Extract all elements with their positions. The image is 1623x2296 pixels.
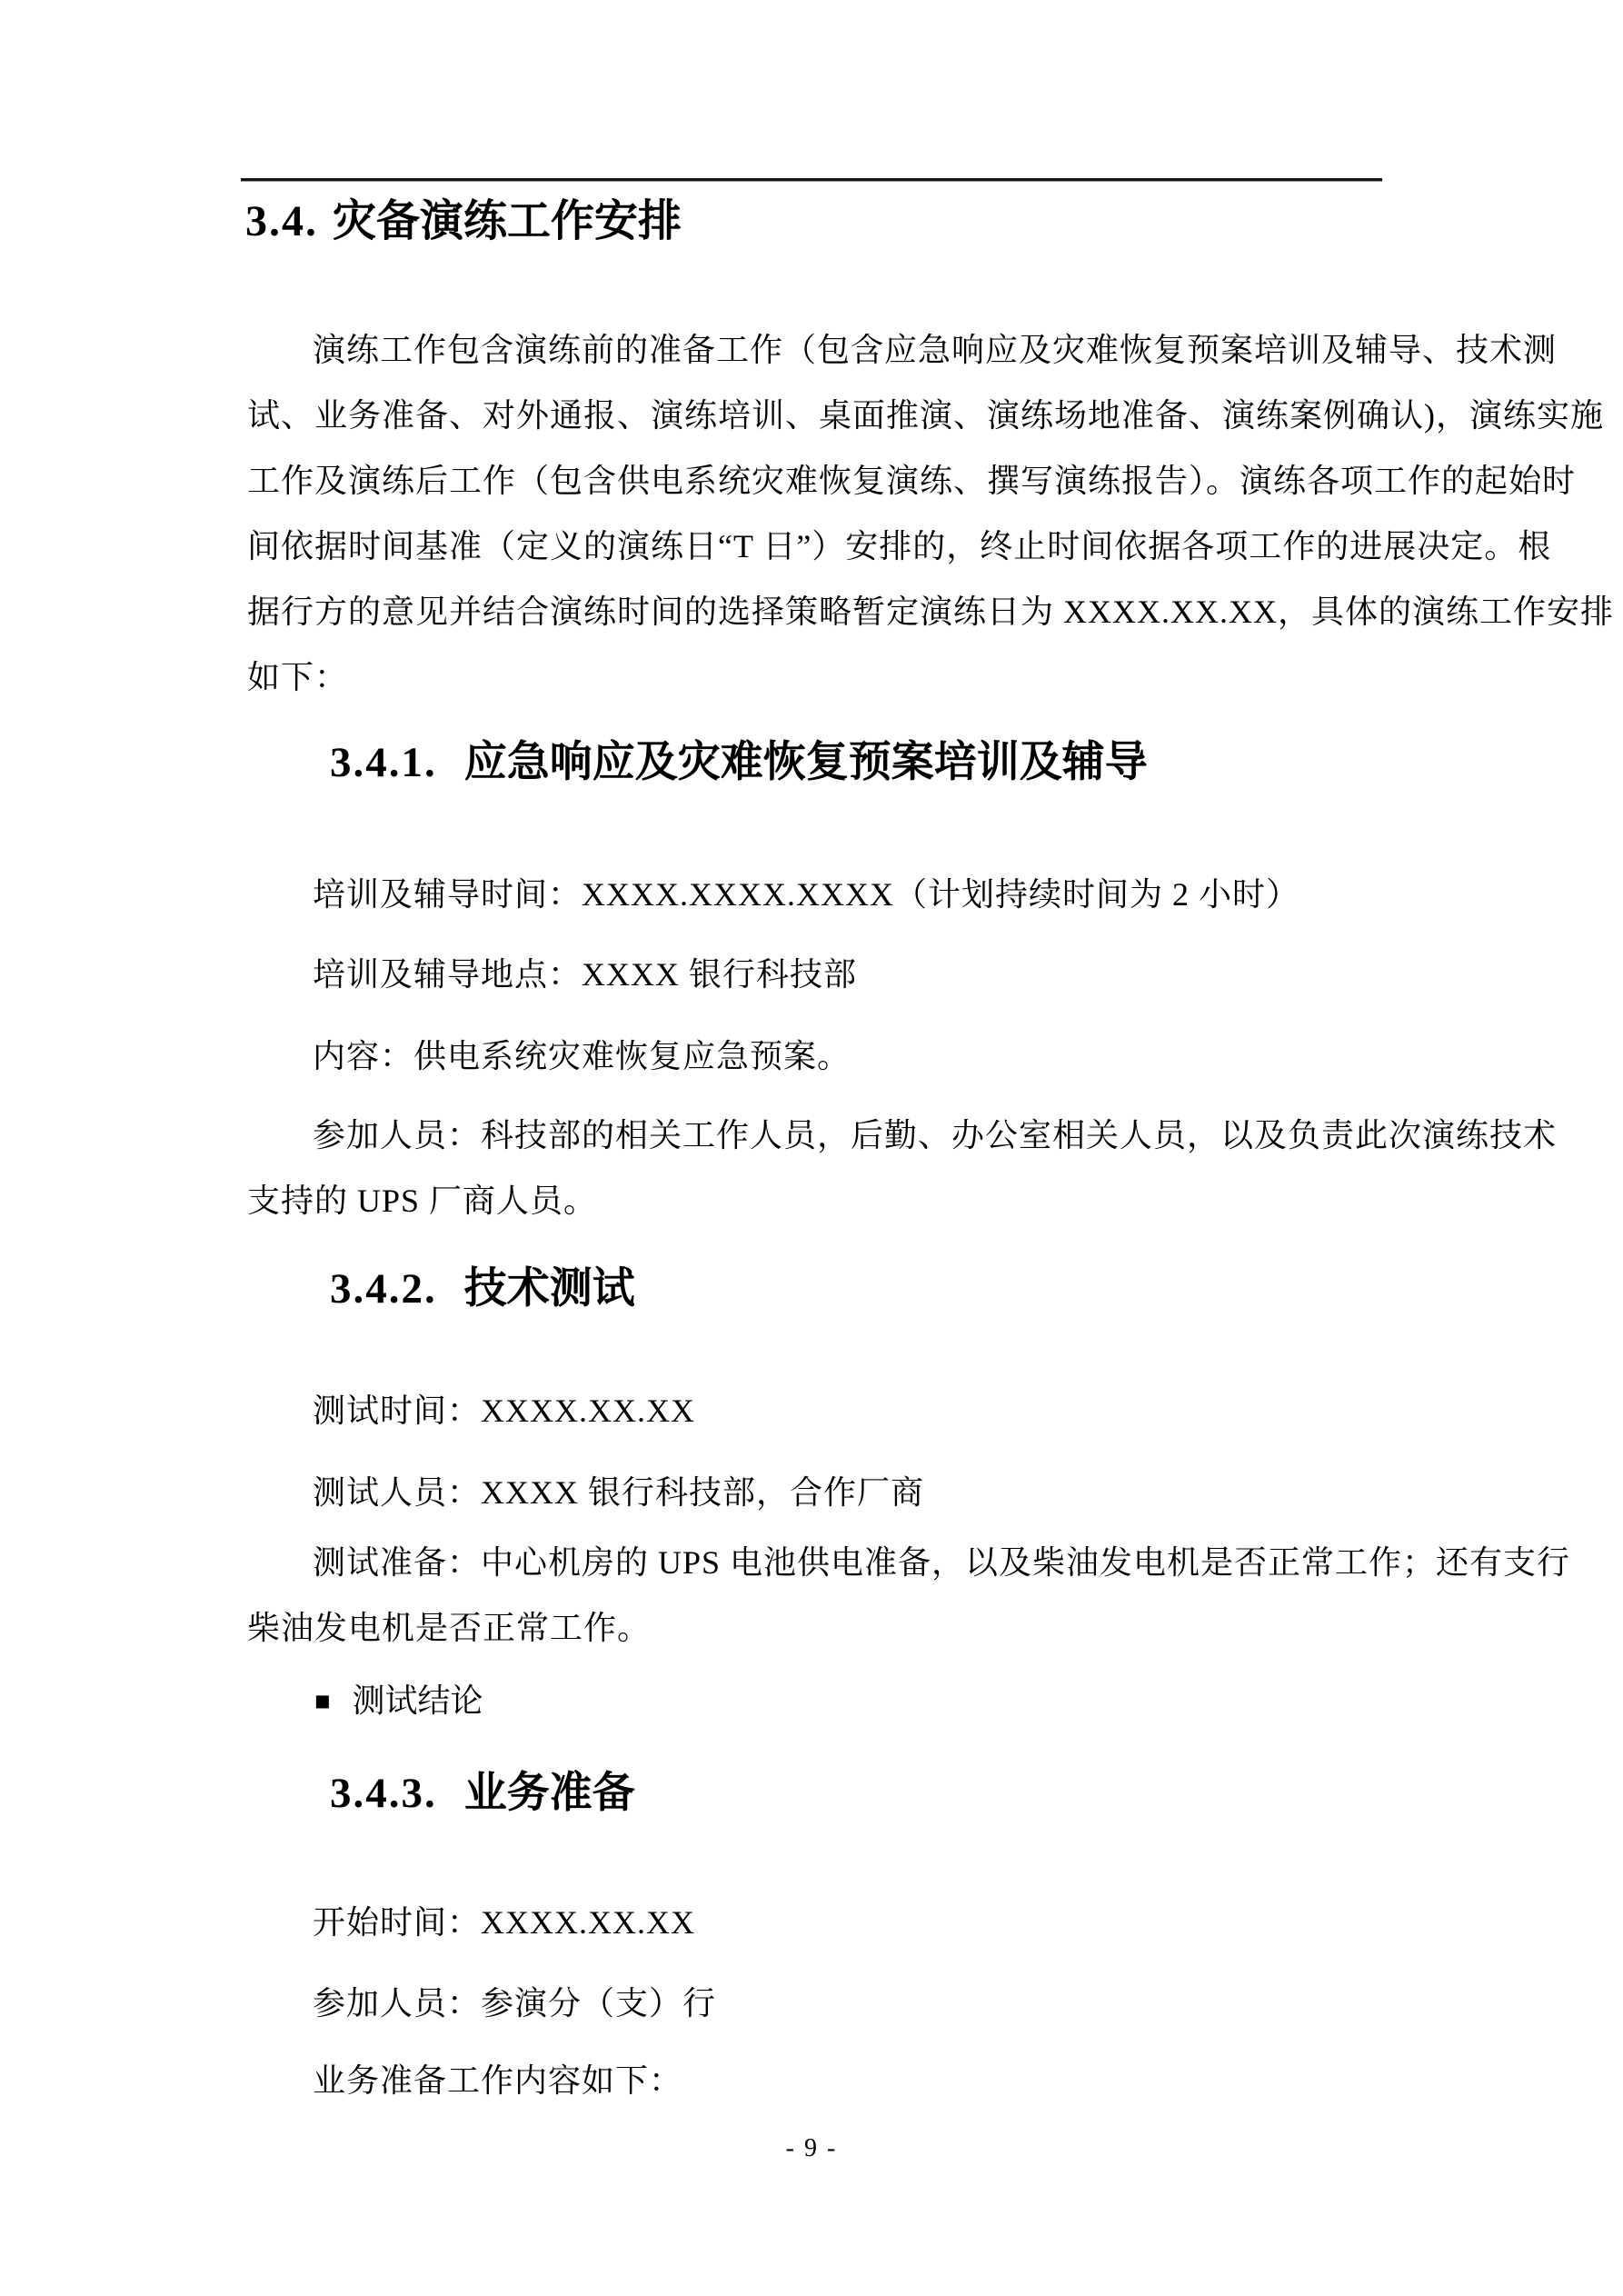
intro-line: 试、业务准备、对外通报、演练培训、桌面推演、演练场地准备、演练案例确认)，演练实… (247, 397, 1604, 434)
subsection-number: 3.4.3. (330, 1770, 437, 1817)
section-number: 3.4. (245, 197, 318, 245)
bullet-item: ■测试结论 (314, 1682, 483, 1720)
item-line: 培训及辅导地点：XXXX 银行科技部 (313, 956, 857, 993)
item-line: 开始时间：XXXX.XX.XX (313, 1904, 695, 1942)
item-line: 参加人员：科技部的相关工作人员，后勤、办公室相关人员，以及负责此次演练技术 (313, 1117, 1557, 1154)
item-line: 测试时间：XXXX.XX.XX (313, 1393, 695, 1430)
intro-line: 据行方的意见并结合演练时间的选择策略暂定演练日为 XXXX.XX.XX，具体的演… (247, 594, 1614, 631)
subsection-title: 应急响应及灾难恢复预案培训及辅导 (464, 739, 1148, 786)
item-line: 内容：供电系统灾难恢复应急预案。 (313, 1038, 851, 1075)
square-bullet-icon: ■ (314, 1687, 331, 1716)
item-line: 培训及辅导时间：XXXX.XXXX.XXXX（计划持续时间为 2 小时） (313, 876, 1299, 913)
subsection-heading-341: 3.4.1.应急响应及灾难恢复预案培训及辅导 (330, 740, 1148, 787)
bullet-label: 测试结论 (353, 1682, 483, 1719)
intro-line: 如下： (247, 659, 348, 696)
item-line: 测试准备：中心机房的 UPS 电池供电准备，以及柴油发电机是否正常工作；还有支行 (313, 1544, 1570, 1582)
page-number: - 9 - (241, 2134, 1382, 2163)
subsection-number: 3.4.1. (330, 739, 437, 786)
item-line: 测试人员：XXXX 银行科技部，合作厂商 (313, 1474, 924, 1512)
subsection-heading-343: 3.4.3.业务准备 (330, 1771, 635, 1818)
subsection-number: 3.4.2. (330, 1265, 437, 1313)
intro-line: 工作及演练后工作（包含供电系统灾难恢复演练、撰写演练报告）。演练各项工作的起始时 (247, 463, 1576, 500)
item-line: 支持的 UPS 厂商人员。 (247, 1183, 597, 1220)
item-line: 参加人员：参演分（支）行 (313, 1985, 716, 2022)
item-line: 业务准备工作内容如下： (313, 2062, 682, 2100)
subsection-title: 业务准备 (464, 1770, 635, 1817)
document-page: 3.4.灾备演练工作安排 演练工作包含演练前的准备工作（包含应急响应及灾难恢复预… (0, 0, 1623, 2296)
section-title: 灾备演练工作安排 (333, 197, 682, 245)
header-rule (241, 178, 1382, 181)
intro-line: 间依据时间基准（定义的演练日“T 日”）安排的，终止时间依据各项工作的进展决定。… (247, 528, 1551, 565)
subsection-heading-342: 3.4.2.技术测试 (330, 1266, 635, 1313)
intro-line: 演练工作包含演练前的准备工作（包含应急响应及灾难恢复预案培训及辅导、技术测 (313, 332, 1557, 369)
section-heading: 3.4.灾备演练工作安排 (245, 198, 682, 246)
subsection-title: 技术测试 (464, 1265, 635, 1313)
item-line: 柴油发电机是否正常工作。 (247, 1610, 651, 1647)
